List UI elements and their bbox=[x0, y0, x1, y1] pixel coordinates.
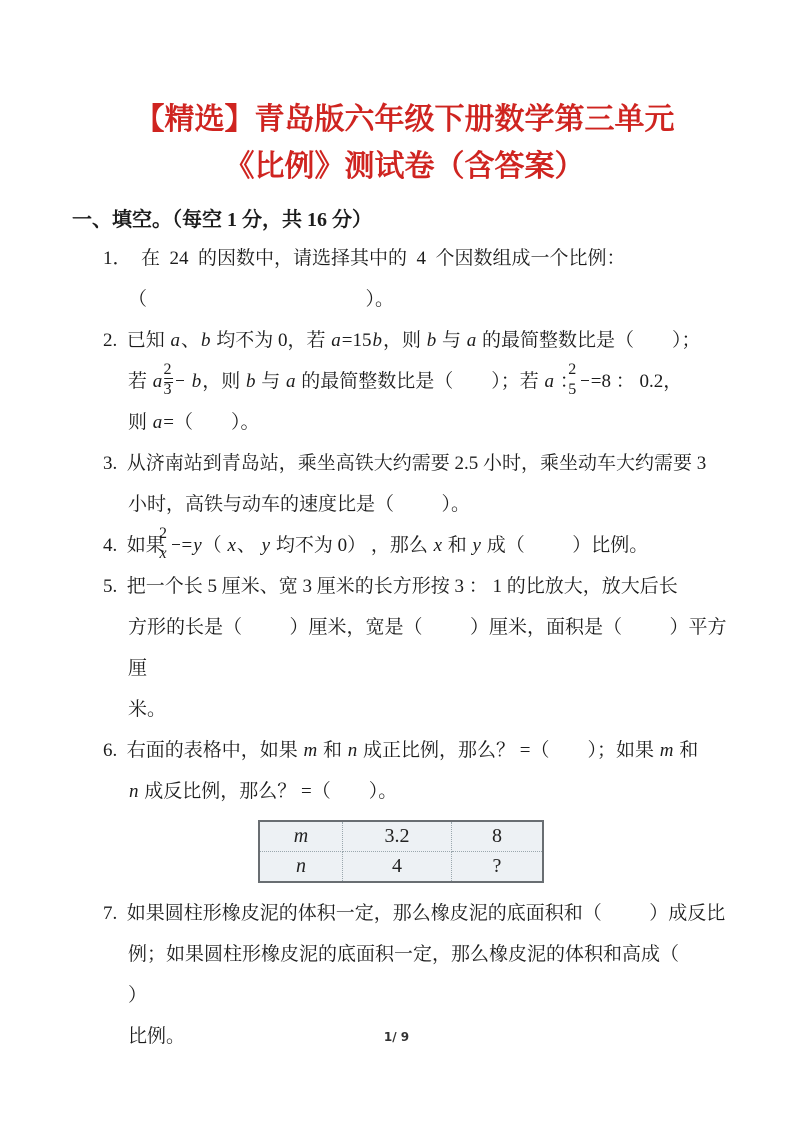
math-variable: a bbox=[152, 371, 164, 392]
math-variable: m bbox=[659, 740, 675, 761]
math-variable: b bbox=[426, 330, 438, 351]
question-4: 4. 如果 2x=y（ x、 y 均不为 0） ，那么 x 和 y 成（ ）比例… bbox=[72, 525, 737, 566]
table-cell: 4 bbox=[343, 852, 452, 883]
table-cell: 3.2 bbox=[343, 821, 452, 852]
fraction: 2x bbox=[172, 526, 180, 563]
mn-ratio-table: m3.28n4? bbox=[258, 820, 544, 883]
document-page: 【精选】青岛版六年级下册数学第三单元 《比例》测试卷（含答案） 一、填空。（每空… bbox=[0, 0, 793, 1122]
document-title: 【精选】青岛版六年级下册数学第三单元 《比例》测试卷（含答案） bbox=[72, 96, 737, 190]
math-variable: n bbox=[347, 740, 359, 761]
math-variable: a bbox=[285, 371, 297, 392]
math-variable: y bbox=[261, 535, 271, 556]
table-cell: n bbox=[259, 852, 343, 883]
table-cell: 8 bbox=[452, 821, 544, 852]
math-variable: n bbox=[128, 781, 140, 802]
title-line-1: 【精选】青岛版六年级下册数学第三单元 bbox=[135, 103, 675, 136]
document-content: 【精选】青岛版六年级下册数学第三单元 《比例》测试卷（含答案） 一、填空。（每空… bbox=[0, 0, 793, 1057]
math-variable: a bbox=[330, 330, 342, 351]
table-row: m3.28 bbox=[259, 821, 543, 852]
math-variable: a bbox=[152, 412, 164, 433]
math-variable: b bbox=[245, 371, 257, 392]
math-variable: a bbox=[544, 371, 556, 392]
math-variable: b bbox=[372, 330, 384, 351]
math-variable: x bbox=[433, 535, 443, 556]
math-variable: a bbox=[170, 330, 182, 351]
fraction: 25 bbox=[581, 362, 589, 399]
math-variable: y bbox=[472, 535, 482, 556]
table-row: n4? bbox=[259, 852, 543, 883]
section-heading: 一、填空。（每空 1 分，共 16 分） bbox=[72, 204, 737, 236]
math-variable: b bbox=[200, 330, 212, 351]
math-variable: y bbox=[192, 535, 202, 556]
question-2: 2. 已知 a、b 均不为 0，若 a=15b，则 b 与 a 的最简整数比是（… bbox=[72, 320, 737, 443]
title-line-2: 《比例》测试卷（含答案） bbox=[225, 150, 585, 183]
page-number: 1/ 9 bbox=[0, 1030, 793, 1044]
question-1: 1． 在 24 的因数中，请选择其中的 4 个因数组成一个比例：（ ）。 bbox=[72, 238, 737, 320]
table-cell: m bbox=[259, 821, 343, 852]
question-6: 6. 右面的表格中，如果 m 和 n 成正比例，那么？ =（ ）；如果 m 和n… bbox=[72, 730, 737, 812]
math-variable: m bbox=[303, 740, 319, 761]
fraction: 23 bbox=[176, 362, 184, 399]
table-cell: ? bbox=[452, 852, 544, 883]
math-variable: a bbox=[466, 330, 478, 351]
math-variable: x bbox=[226, 535, 236, 556]
mn-ratio-table-body: m3.28n4? bbox=[259, 821, 543, 882]
question-3: 3. 从济南站到青岛站，乘坐高铁大约需要 2.5 小时，乘坐动车大约需要 3小时… bbox=[72, 443, 737, 525]
question-5: 5. 把一个长 5 厘米、宽 3 厘米的长方形按 3 ： 1 的比放大，放大后长… bbox=[72, 566, 737, 730]
math-variable: b bbox=[191, 371, 203, 392]
